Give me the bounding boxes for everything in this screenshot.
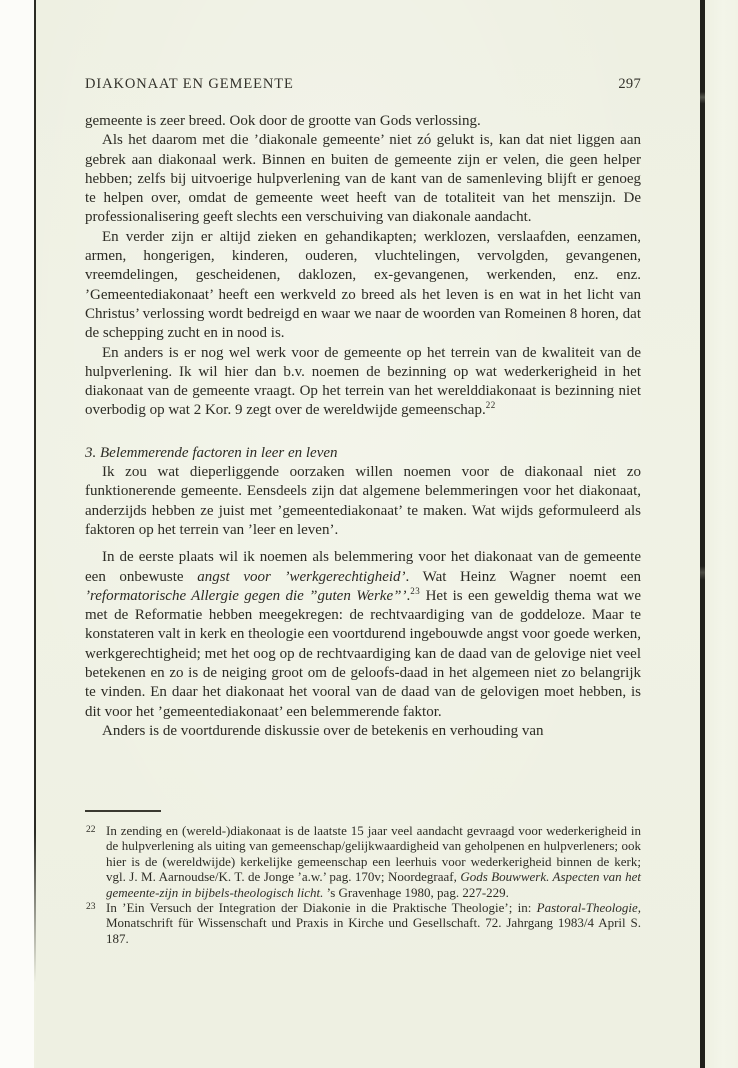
text-run: Ik zou wat dieperliggende oorzaken wille… [85, 464, 641, 538]
footnote-list: 22In zending en (wereld-)diakonaat is de… [85, 823, 641, 946]
text-run: gemeente is zeer breed. Ook door de groo… [85, 113, 481, 129]
paragraph: Anders is de voortdurende diskussie over… [85, 722, 641, 741]
underlying-paper-edge [705, 0, 738, 1068]
page-number: 297 [618, 76, 641, 93]
text-run: Anders is de voortdurende diskussie over… [102, 723, 544, 739]
footnote-rule [85, 810, 161, 812]
text-run: Monatschrift für Wissenschaft und Praxis… [106, 915, 641, 945]
footnote-marker: 22 [86, 823, 96, 838]
text-run: En anders is er nog wel werk voor de gem… [85, 345, 641, 419]
scanned-page: DIAKONAAT EN GEMEENTE 297 gemeente is ze… [0, 0, 738, 1068]
paragraph: In de eerste plaats wil ik noemen als be… [85, 548, 641, 722]
footnote: 23In ’Ein Versuch der Integration der Di… [85, 900, 641, 946]
text-run: ’s Gravenhage 1980, pag. 227-229. [323, 885, 509, 900]
running-header: DIAKONAAT EN GEMEENTE 297 [85, 76, 641, 93]
paragraph: En verder zijn er altijd zieken en gehan… [85, 228, 641, 344]
scanner-margin [0, 0, 34, 1068]
text-run: ’reformatorische Allergie gegen die ”gut… [85, 588, 406, 604]
text-run: . Wat Heinz Wagner noemt een [406, 569, 641, 585]
body-text: gemeente is zeer breed. Ook door de groo… [85, 112, 641, 741]
paragraph: En anders is er nog wel werk voor de gem… [85, 344, 641, 421]
text-run: angst voor ’werkgerechtigheid’ [197, 569, 405, 585]
paragraph: Ik zou wat dieperliggende oorzaken wille… [85, 463, 641, 540]
footnote-reference: 22 [486, 400, 496, 410]
page-content: DIAKONAAT EN GEMEENTE 297 gemeente is ze… [85, 76, 641, 741]
footnote-marker: 23 [86, 900, 96, 915]
footnote-reference: 23 [410, 586, 420, 596]
text-run: In ’Ein Versuch der Integration der Diak… [106, 900, 537, 915]
text-run: 3. Belemmerende factoren in leer en leve… [85, 445, 338, 461]
text-run: Het is een geweldig thema wat we met de … [85, 588, 641, 720]
running-title: DIAKONAAT EN GEMEENTE [85, 76, 294, 93]
paragraph-gap [85, 540, 641, 548]
paragraph: gemeente is zeer breed. Ook door de groo… [85, 112, 641, 131]
footnote: 22In zending en (wereld-)diakonaat is de… [85, 823, 641, 900]
paragraph: Als het daarom met die ’diakonale gemeen… [85, 131, 641, 227]
text-run: En verder zijn er altijd zieken en gehan… [85, 229, 641, 341]
text-run: Als het daarom met die ’diakonale gemeen… [85, 132, 641, 225]
section-heading: 3. Belemmerende factoren in leer en leve… [85, 444, 641, 463]
footnote-section: 22In zending en (wereld-)diakonaat is de… [85, 800, 641, 946]
book-page: DIAKONAAT EN GEMEENTE 297 gemeente is ze… [36, 0, 700, 1068]
text-run: Pastoral-Theologie, [537, 900, 641, 915]
